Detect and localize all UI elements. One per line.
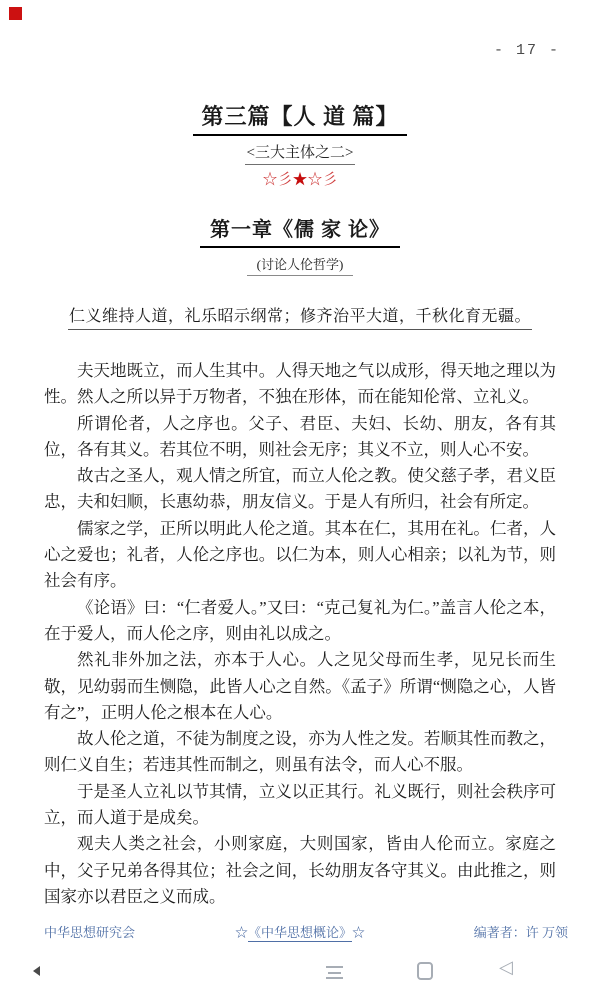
body-paragraphs: 夫天地既立，而人生其中。人得天地之气以成形，得天地之理以为性。然人之所以异于万物… xyxy=(44,358,556,910)
back-icon[interactable]: ◁ xyxy=(499,958,513,978)
document-page: { "page": { "number_label": "- 17 -" }, … xyxy=(0,0,600,1000)
page-footer: 中华思想研究会 ☆《中华思想概论》☆ 编著者：许 万领 xyxy=(0,922,600,940)
part-title-text: 第三篇【人 道 篇】 xyxy=(193,102,406,136)
recents-bar-middle xyxy=(328,972,341,974)
body-paragraph: 故古之圣人，观人情之所宜，而立人伦之教。使父慈子孝，君义臣忠，夫和妇顺，长惠幼恭… xyxy=(44,463,556,516)
body-paragraph: 儒家之学，正所以明此人伦之道。其本在仁，其用在礼。仁者，人心之爱也；礼者，人伦之… xyxy=(44,516,556,595)
footer-star-right-icon: ☆ xyxy=(352,925,365,940)
chapter-title: 第一章《儒 家 论》 xyxy=(0,217,600,248)
star-left-icon: ☆彡 xyxy=(262,172,292,188)
body-paragraph: 然礼非外加之法，亦本于人心。人之见父母而生孝，见兄长而生敬，见幼弱而生恻隐，此皆… xyxy=(44,647,556,726)
star-divider: ☆彡★☆彡 xyxy=(0,170,600,190)
motto-text: 仁义维持人道，礼乐昭示纲常；修齐治平大道，千秋化育无疆。 xyxy=(68,306,532,330)
chapter-subtitle-text: (讨论人伦哲学) xyxy=(247,256,354,276)
recents-bar-bottom xyxy=(326,977,343,979)
body-paragraph: 于是圣人立礼以节其情，立义以正其行。礼义既行，则社会秩序可立，而人道于是成矣。 xyxy=(44,779,556,832)
part-subtitle-text: <三大主体之二> xyxy=(245,144,356,165)
chapter-subtitle: (讨论人伦哲学) xyxy=(0,256,600,276)
recents-bar-top xyxy=(326,966,343,968)
body-paragraph: 故人伦之道，不徒为制度之设，亦为人性之发。若顺其性而教之，则仁义自生；若违其性而… xyxy=(44,726,556,779)
star-right-icon: ☆彡 xyxy=(308,172,338,188)
chapter-title-text: 第一章《儒 家 论》 xyxy=(200,217,400,248)
red-square-marker-icon xyxy=(9,7,22,20)
part-subtitle: <三大主体之二> xyxy=(0,144,600,165)
motto-line: 仁义维持人道，礼乐昭示纲常；修齐治平大道，千秋化育无疆。 xyxy=(0,306,600,330)
footer-author: 编著者：许 万领 xyxy=(474,922,568,941)
body-paragraph: 《论语》曰：“仁者爱人。”又曰：“克己复礼为仁。”盖言人伦之本，在于爱人，而人伦… xyxy=(44,595,556,648)
star-center-icon: ★ xyxy=(292,172,307,188)
footer-book-title-text: 《中华思想概论》 xyxy=(248,925,352,942)
page-back-icon[interactable] xyxy=(33,966,40,976)
page-number: - 17 - xyxy=(494,42,560,59)
body-paragraph: 所谓伦者，人之序也。父子、君臣、夫妇、长幼、朋友，各有其位，各有其义。若其位不明… xyxy=(44,411,556,464)
body-paragraph: 观夫人类之社会，小则家庭，大则国家，皆由人伦而立。家庭之中，父子兄弟各得其位；社… xyxy=(44,831,556,910)
part-title: 第三篇【人 道 篇】 xyxy=(0,102,600,136)
footer-star-left-icon: ☆ xyxy=(235,925,248,940)
body-paragraph: 夫天地既立，而人生其中。人得天地之气以成形，得天地之理以为性。然人之所以异于万物… xyxy=(44,358,556,411)
recents-menu-icon[interactable] xyxy=(326,966,343,983)
home-icon[interactable] xyxy=(417,962,433,980)
